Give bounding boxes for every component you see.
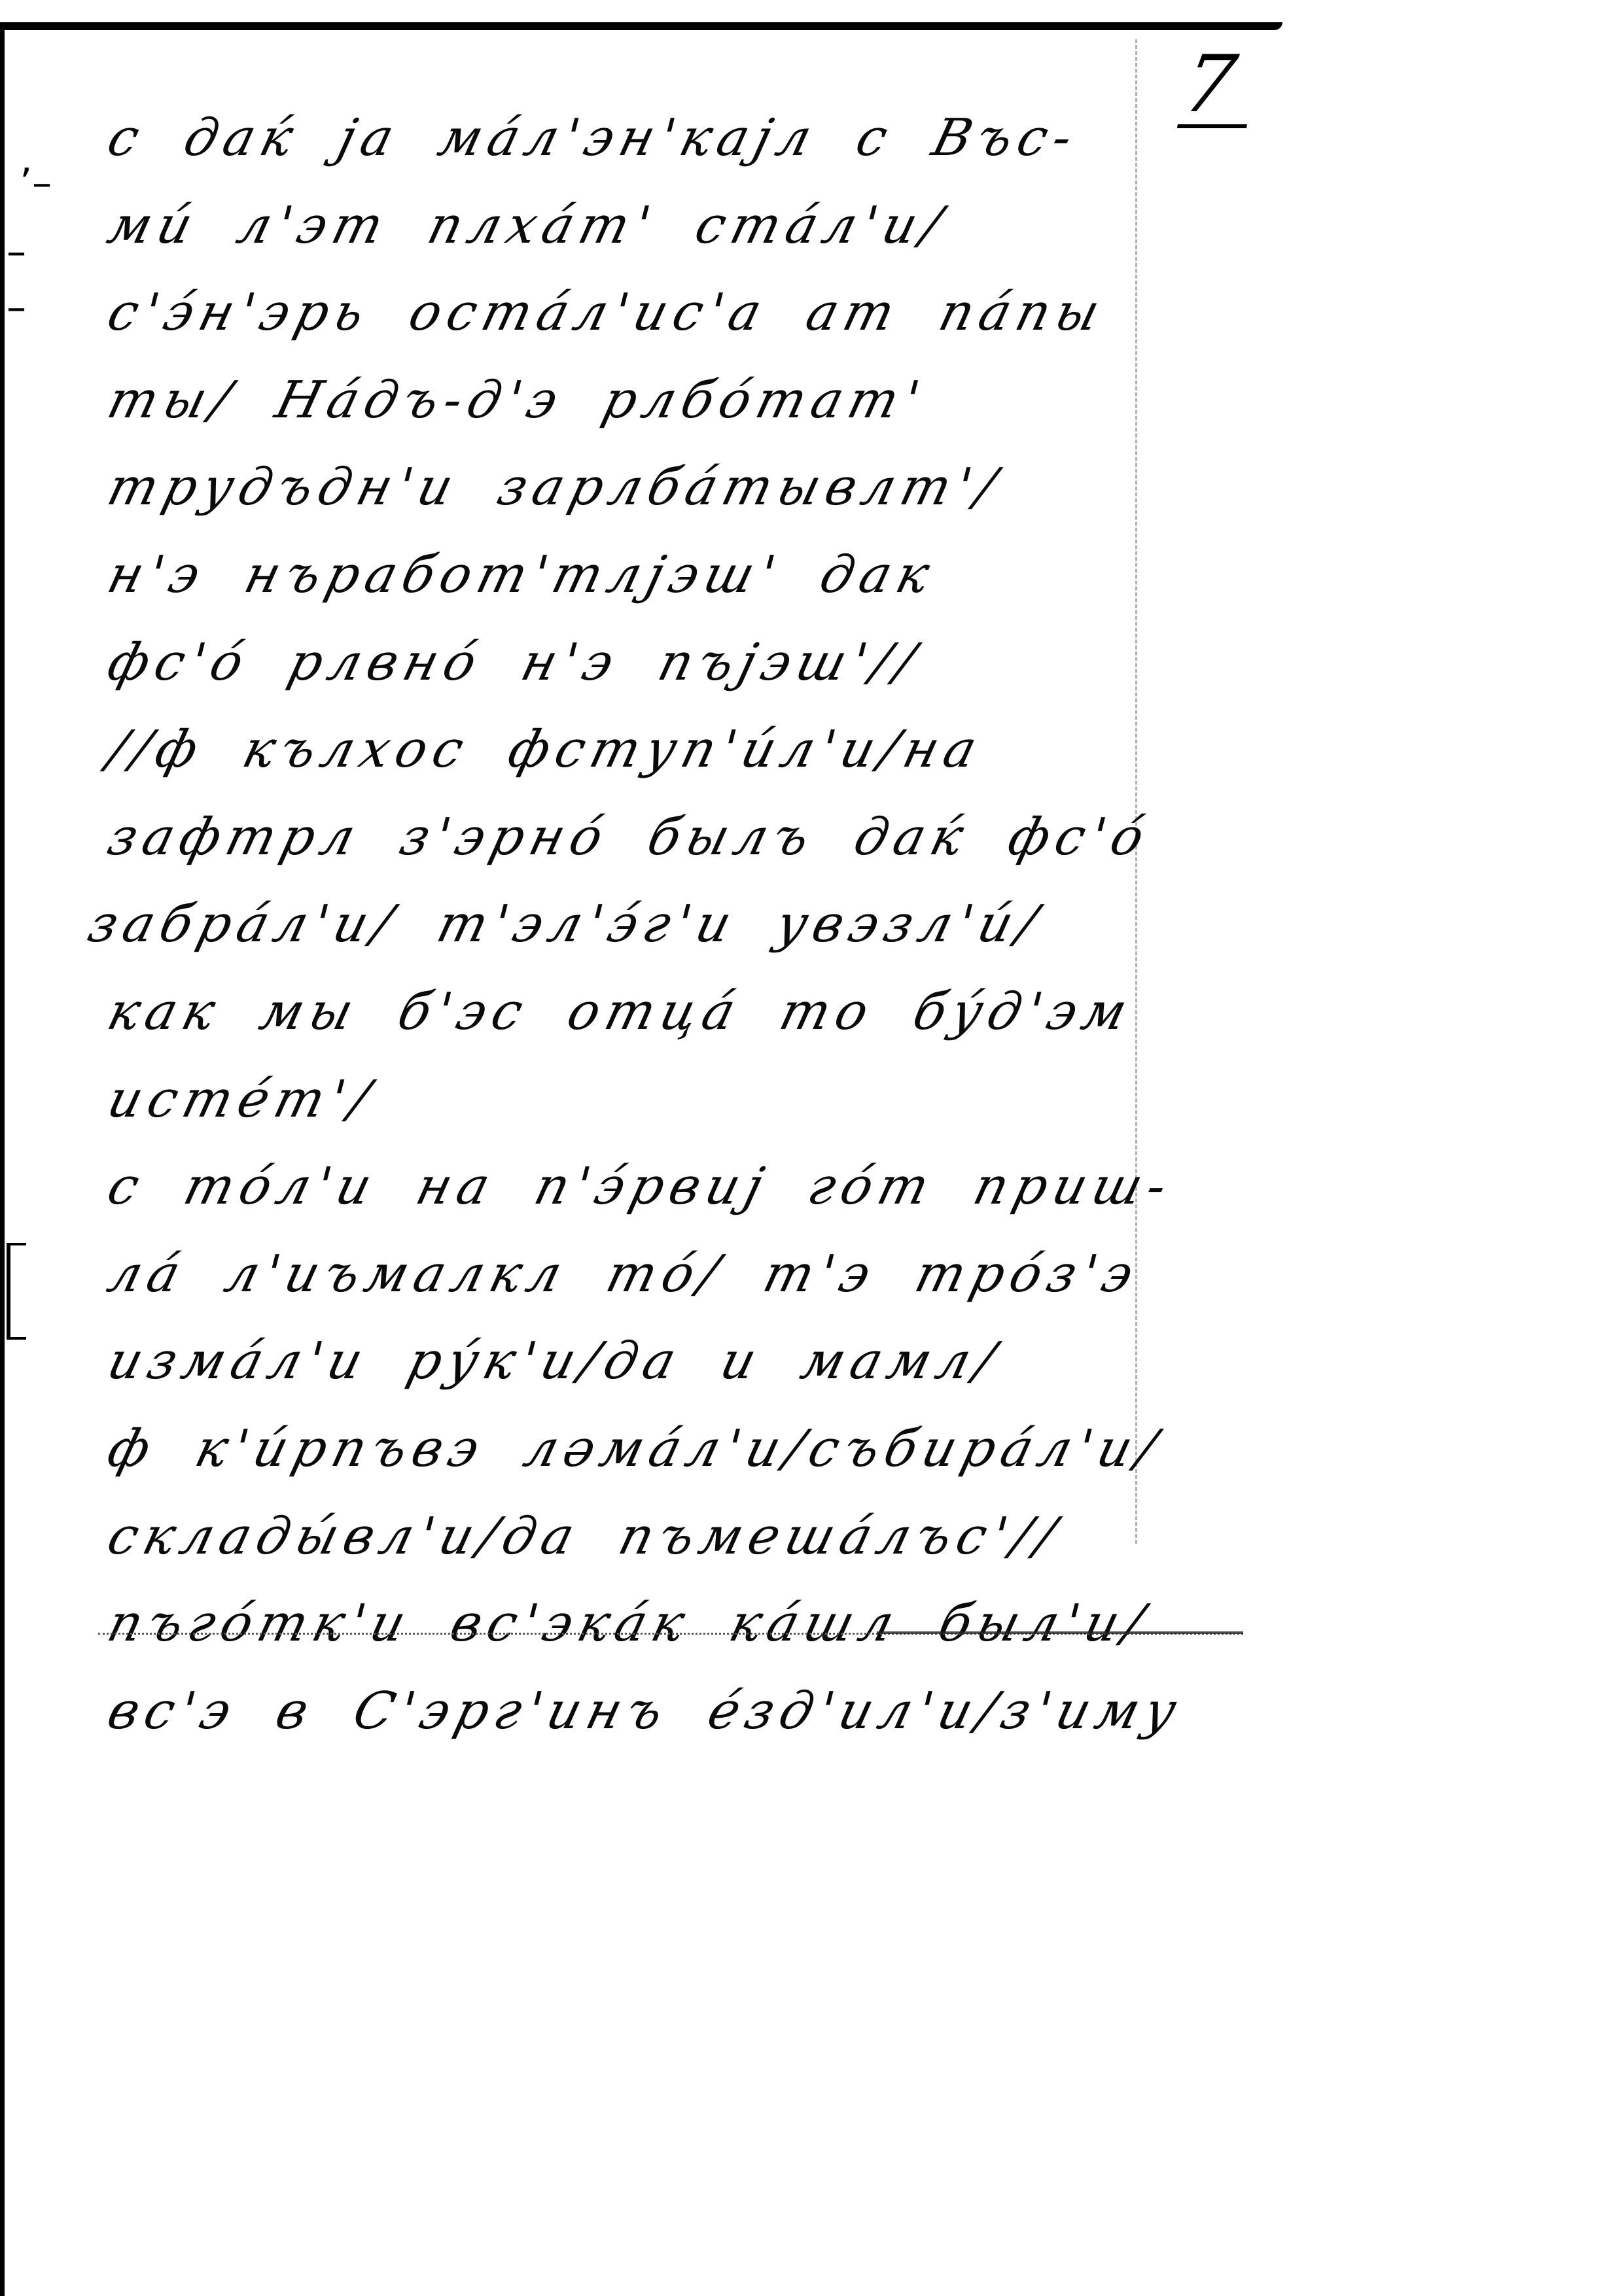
margin-bracket [7,1243,26,1340]
text-line: ты/ На́дъ-д'э рлбо́тат' [98,357,1180,445]
text-line: пъго́тк'и вс'эка́к ка́шл был'и/ [98,1580,1180,1668]
page-number: 7 [1177,46,1262,128]
text-line: ф к'и́рпъвэ ләма́л'и/събира́л'и/ [98,1406,1180,1493]
text-line: ми́ л'эт плха́т' ста́л'и/ [98,183,1180,270]
scanned-page: ’– – – 7 с даќ ја ма́л'эн'кајл с Въс- ми… [0,0,1607,2296]
text-line: ла́ л'иъмалкл то́/ т'э тро́з'э [98,1231,1180,1319]
text-line: н'э нъработ'тлјэш' дак [98,532,1180,619]
text-line: зафтрл з'эрно́ былъ даќ фс'о́ [98,794,1180,882]
text-line: с'э́н'эрь оста́л'ис'а ат па́пы [98,270,1180,357]
text-line: с даќ ја ма́л'эн'кајл с Въс- [98,95,1180,183]
text-line: склады́вл'и/да пъмеша́лъс'// [98,1493,1180,1581]
text-line: исте́т'/ [98,1056,1180,1144]
text-line: изма́л'и ру́к'и/да и мамл/ [98,1318,1180,1406]
text-line: фс'о́ рлвно́ н'э пъјэш'// [98,619,1180,707]
top-rule-line [0,22,1282,30]
margin-mark-3: – [7,288,26,327]
text-line: с то́л'и на п'э́рвиј го́т приш- [98,1143,1180,1231]
text-line: трудъдн'и зарлба́тывлт'/ [98,444,1180,532]
bottom-solid-rule [877,1631,1243,1634]
margin-mark-1: ’– [20,164,52,203]
scan-left-edge [0,24,5,2296]
text-line: забра́л'и/ т'эл'э́г'и увэзл'и́/ [79,881,1180,969]
text-line: как мы б'эс отца́ то бу́д'эм [98,969,1180,1056]
text-line: //ф кълхос фступ'и́л'и/на [98,706,1180,794]
margin-mark-2: – [7,232,26,271]
handwritten-text: с даќ ја ма́л'эн'кајл с Въс- ми́ л'эт пл… [98,95,1158,1755]
text-line: вс'э в С'эрг'инъ е́зд'ил'и/з'иму [98,1668,1180,1756]
